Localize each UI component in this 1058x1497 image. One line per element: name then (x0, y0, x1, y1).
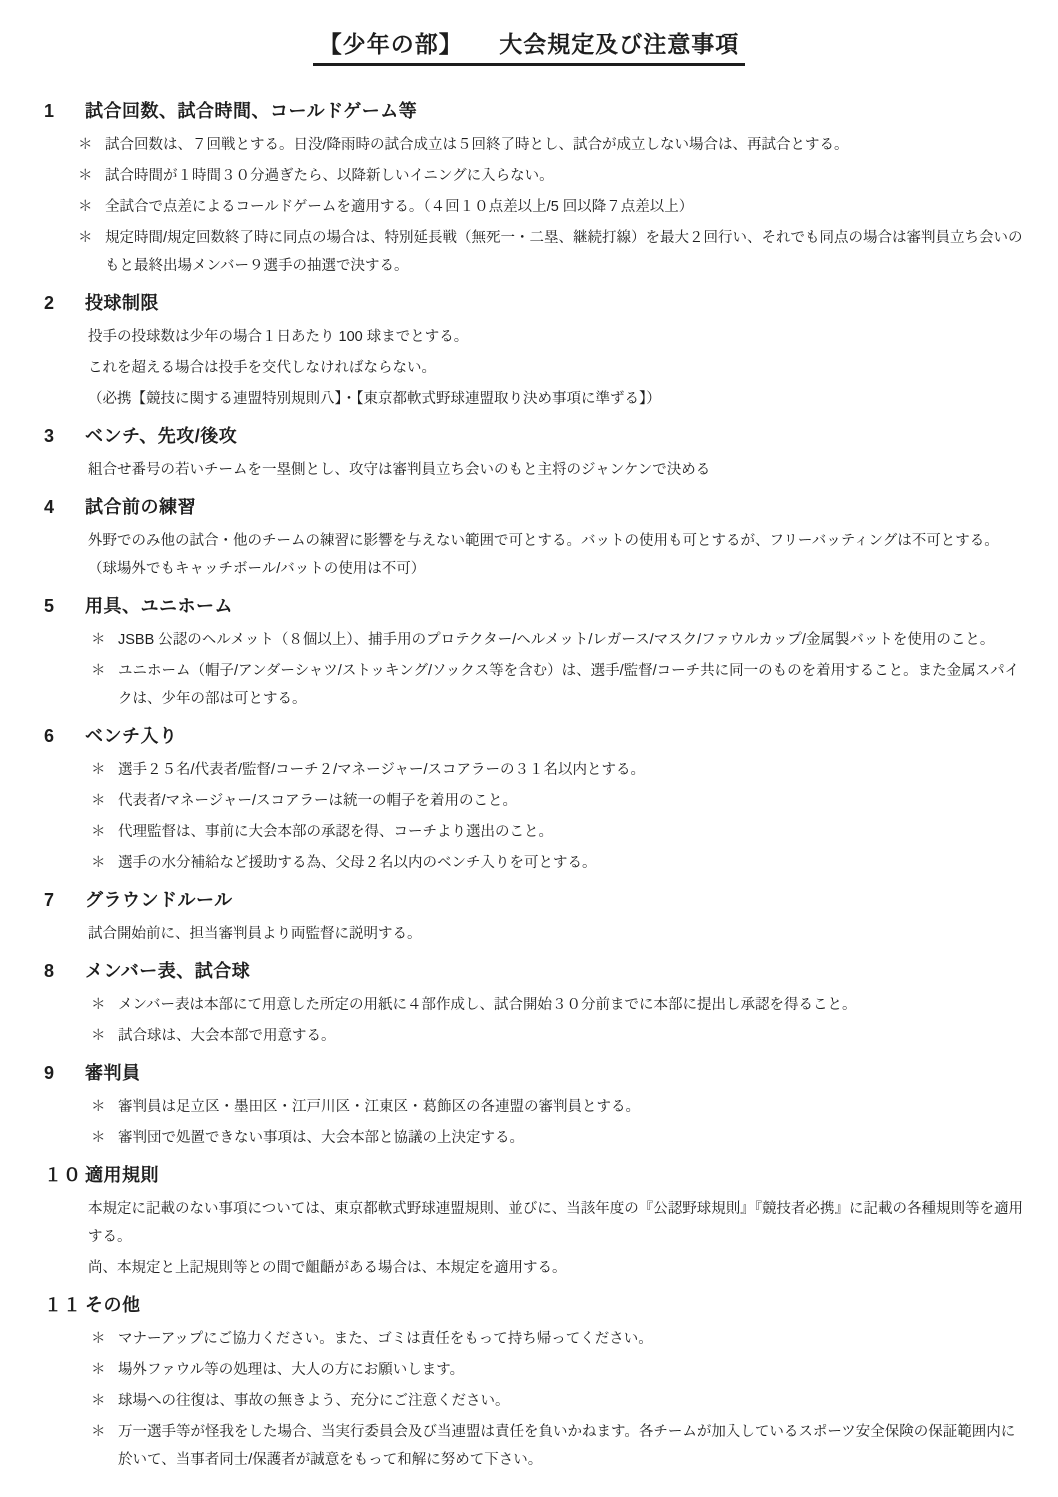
asterisk-bullet-marker: ＊ (91, 787, 118, 815)
section-body: ＊メンバー表は本部にて用意した所定の用紙に４部作成し、試合開始３０分前までに本部… (0, 991, 1058, 1050)
paragraph: 本規定に記載のない事項については、東京都軟式野球連盟規則、並びに、当該年度の『公… (0, 1195, 1058, 1251)
asterisk-bullet-marker: ＊ (91, 1418, 118, 1474)
section-title: 試合前の練習 (85, 492, 196, 522)
section-heading: 1 試合回数、試合時間、コールドゲーム等 (0, 96, 1058, 126)
section-number: １１ (44, 1290, 85, 1320)
item-text: 代理監督は、事前に大会本部の承認を得、コーチより選出のこと。 (118, 818, 1024, 846)
item-text: 球場への往復は、事故の無きよう、充分にご注意ください。 (118, 1387, 1024, 1415)
asterisk-bullet-marker: ＊ (91, 818, 118, 846)
bullet-item: ＊JSBB 公認のヘルメット（８個以上）、捕手用のプロテクター/ヘルメット/レガ… (0, 626, 1058, 654)
section-body: 組合せ番号の若いチームを一塁側とし、攻守は審判員立ち会いのもと主将のジャンケンで… (0, 456, 1058, 484)
asterisk-bullet-marker: ＊ (78, 162, 105, 190)
item-text: 審判員は足立区・墨田区・江戸川区・江東区・葛飾区の各連盟の審判員とする。 (118, 1093, 1024, 1121)
item-text: 代表者/マネージャー/スコアラーは統一の帽子を着用のこと。 (118, 787, 1024, 815)
paragraph: 試合開始前に、担当審判員より両監督に説明する。 (0, 920, 1058, 948)
bullet-item: ＊メンバー表は本部にて用意した所定の用紙に４部作成し、試合開始３０分前までに本部… (0, 991, 1058, 1019)
item-text: 外野でのみ他の試合・他のチームの練習に影響を与えない範囲で可とする。バットの使用… (88, 527, 1024, 583)
section: 1 試合回数、試合時間、コールドゲーム等 ＊試合回数は、７回戦とする。日没/降雨… (0, 96, 1058, 280)
item-text: JSBB 公認のヘルメット（８個以上）、捕手用のプロテクター/ヘルメット/レガー… (118, 626, 1024, 654)
paragraph: これを超える場合は投手を交代しなければならない。 (0, 354, 1058, 382)
section-body: 投手の投球数は少年の場合１日あたり 100 球までとする。これを超える場合は投手… (0, 323, 1058, 413)
asterisk-bullet-marker: ＊ (78, 131, 105, 159)
section-body: 外野でのみ他の試合・他のチームの練習に影響を与えない範囲で可とする。バットの使用… (0, 527, 1058, 583)
bullet-item: ＊審判団で処置できない事項は、大会本部と協議の上決定する。 (0, 1124, 1058, 1152)
section-number: 9 (44, 1058, 85, 1088)
item-text: 選手２５名/代表者/監督/コーチ２/マネージャー/スコアラーの３１名以内とする。 (118, 756, 1024, 784)
bullet-item: ＊場外ファウル等の処理は、大人の方にお願いします。 (0, 1356, 1058, 1384)
item-text: 本規定に記載のない事項については、東京都軟式野球連盟規則、並びに、当該年度の『公… (88, 1195, 1024, 1251)
section: 4 試合前の練習 外野でのみ他の試合・他のチームの練習に影響を与えない範囲で可と… (0, 492, 1058, 583)
asterisk-bullet-marker: ＊ (91, 657, 118, 713)
bullet-item: ＊試合回数は、７回戦とする。日没/降雨時の試合成立は５回終了時とし、試合が成立し… (0, 131, 1058, 159)
asterisk-bullet-marker: ＊ (78, 193, 105, 221)
section-heading: １０ 適用規則 (0, 1160, 1058, 1190)
section-heading: １１ その他 (0, 1290, 1058, 1320)
section-heading: 6 ベンチ入り (0, 721, 1058, 751)
section-heading: 3 ベンチ、先攻/後攻 (0, 421, 1058, 451)
section-title: 試合回数、試合時間、コールドゲーム等 (85, 96, 417, 126)
section-title: 適用規則 (85, 1160, 159, 1190)
bullet-item: ＊万一選手等が怪我をした場合、当実行委員会及び当連盟は責任を負いかねます。各チー… (0, 1418, 1058, 1474)
section-heading: 9 審判員 (0, 1058, 1058, 1088)
section: 7 グラウンドルール 試合開始前に、担当審判員より両監督に説明する。 (0, 885, 1058, 948)
asterisk-bullet-marker: ＊ (91, 1356, 118, 1384)
asterisk-bullet-marker: ＊ (91, 991, 118, 1019)
bullet-item: ＊球場への往復は、事故の無きよう、充分にご注意ください。 (0, 1387, 1058, 1415)
section-number: 6 (44, 721, 85, 751)
section-title: ベンチ入り (85, 721, 178, 751)
section-heading: 5 用具、ユニホーム (0, 591, 1058, 621)
section-number: 3 (44, 421, 85, 451)
section-heading: 2 投球制限 (0, 288, 1058, 318)
item-text: メンバー表は本部にて用意した所定の用紙に４部作成し、試合開始３０分前までに本部に… (118, 991, 1024, 1019)
section: 6 ベンチ入り ＊選手２５名/代表者/監督/コーチ２/マネージャー/スコアラーの… (0, 721, 1058, 877)
document-title-text: 【少年の部】 大会規定及び注意事項 (313, 26, 746, 66)
item-text: （必携【競技に関する連盟特別規則八】・【東京都軟式野球連盟取り決め事項に準ずる】… (88, 385, 1024, 413)
paragraph: 投手の投球数は少年の場合１日あたり 100 球までとする。 (0, 323, 1058, 351)
section-number: 1 (44, 96, 85, 126)
section-body: ＊マナーアップにご協力ください。また、ゴミは責任をもって持ち帰ってください。＊場… (0, 1325, 1058, 1474)
asterisk-bullet-marker: ＊ (91, 1124, 118, 1152)
item-text: 選手の水分補給など援助する為、父母２名以内のベンチ入りを可とする。 (118, 849, 1024, 877)
asterisk-bullet-marker: ＊ (91, 1093, 118, 1121)
section: １０ 適用規則 本規定に記載のない事項については、東京都軟式野球連盟規則、並びに… (0, 1160, 1058, 1282)
section-title: その他 (85, 1290, 141, 1320)
document-page: 【少年の部】 大会規定及び注意事項 1 試合回数、試合時間、コールドゲーム等 ＊… (0, 0, 1058, 1497)
section-title: グラウンドルール (85, 885, 233, 915)
section: 9 審判員 ＊審判員は足立区・墨田区・江戸川区・江東区・葛飾区の各連盟の審判員と… (0, 1058, 1058, 1152)
section-heading: 7 グラウンドルール (0, 885, 1058, 915)
asterisk-bullet-marker: ＊ (91, 626, 118, 654)
item-text: 規定時間/規定回数終了時に同点の場合は、特別延長戦（無死一・二塁、継続打線）を最… (105, 224, 1024, 280)
paragraph: 尚、本規定と上記規則等との間で齟齬がある場合は、本規定を適用する。 (0, 1254, 1058, 1282)
section: 2 投球制限 投手の投球数は少年の場合１日あたり 100 球までとする。これを超… (0, 288, 1058, 413)
bullet-item: ＊代表者/マネージャー/スコアラーは統一の帽子を着用のこと。 (0, 787, 1058, 815)
item-text: 場外ファウル等の処理は、大人の方にお願いします。 (118, 1356, 1024, 1384)
section-number: 8 (44, 956, 85, 986)
section-heading: 8 メンバー表、試合球 (0, 956, 1058, 986)
document-title: 【少年の部】 大会規定及び注意事項 (0, 26, 1058, 66)
section-heading: 4 試合前の練習 (0, 492, 1058, 522)
item-text: 投手の投球数は少年の場合１日あたり 100 球までとする。 (88, 323, 1024, 351)
section-title: 用具、ユニホーム (85, 591, 233, 621)
asterisk-bullet-marker: ＊ (91, 1325, 118, 1353)
item-text: 試合回数は、７回戦とする。日没/降雨時の試合成立は５回終了時とし、試合が成立しな… (105, 131, 1024, 159)
item-text: 万一選手等が怪我をした場合、当実行委員会及び当連盟は責任を負いかねます。各チーム… (118, 1418, 1024, 1474)
item-text: 尚、本規定と上記規則等との間で齟齬がある場合は、本規定を適用する。 (88, 1254, 1024, 1282)
section-number: 7 (44, 885, 85, 915)
asterisk-bullet-marker: ＊ (78, 224, 105, 280)
section-number: 4 (44, 492, 85, 522)
item-text: これを超える場合は投手を交代しなければならない。 (88, 354, 1024, 382)
section-body: 本規定に記載のない事項については、東京都軟式野球連盟規則、並びに、当該年度の『公… (0, 1195, 1058, 1282)
section-body: 試合開始前に、担当審判員より両監督に説明する。 (0, 920, 1058, 948)
section-title: 投球制限 (85, 288, 159, 318)
asterisk-bullet-marker: ＊ (91, 756, 118, 784)
item-text: 試合球は、大会本部で用意する。 (118, 1022, 1024, 1050)
paragraph: 組合せ番号の若いチームを一塁側とし、攻守は審判員立ち会いのもと主将のジャンケンで… (0, 456, 1058, 484)
bullet-item: ＊審判員は足立区・墨田区・江戸川区・江東区・葛飾区の各連盟の審判員とする。 (0, 1093, 1058, 1121)
bullet-item: ＊ユニホーム（帽子/アンダーシャツ/ストッキング/ソックス等を含む）は、選手/監… (0, 657, 1058, 713)
bullet-item: ＊試合球は、大会本部で用意する。 (0, 1022, 1058, 1050)
item-text: 組合せ番号の若いチームを一塁側とし、攻守は審判員立ち会いのもと主将のジャンケンで… (88, 456, 1024, 484)
item-text: ユニホーム（帽子/アンダーシャツ/ストッキング/ソックス等を含む）は、選手/監督… (118, 657, 1024, 713)
section-body: ＊選手２５名/代表者/監督/コーチ２/マネージャー/スコアラーの３１名以内とする… (0, 756, 1058, 877)
sections-container: 1 試合回数、試合時間、コールドゲーム等 ＊試合回数は、７回戦とする。日没/降雨… (0, 96, 1058, 1474)
bullet-item: ＊マナーアップにご協力ください。また、ゴミは責任をもって持ち帰ってください。 (0, 1325, 1058, 1353)
asterisk-bullet-marker: ＊ (91, 849, 118, 877)
item-text: 全試合で点差によるコールドゲームを適用する。（４回１０点差以上/5 回以降７点差… (105, 193, 1024, 221)
section-number: 5 (44, 591, 85, 621)
bullet-item: ＊選手の水分補給など援助する為、父母２名以内のベンチ入りを可とする。 (0, 849, 1058, 877)
item-text: 試合時間が１時間３０分過ぎたら、以降新しいイニングに入らない。 (105, 162, 1024, 190)
bullet-item: ＊全試合で点差によるコールドゲームを適用する。（４回１０点差以上/5 回以降７点… (0, 193, 1058, 221)
asterisk-bullet-marker: ＊ (91, 1387, 118, 1415)
section-title: メンバー表、試合球 (85, 956, 250, 986)
section-body: ＊審判員は足立区・墨田区・江戸川区・江東区・葛飾区の各連盟の審判員とする。＊審判… (0, 1093, 1058, 1152)
section-number: 2 (44, 288, 85, 318)
item-text: 審判団で処置できない事項は、大会本部と協議の上決定する。 (118, 1124, 1024, 1152)
section: 8 メンバー表、試合球 ＊メンバー表は本部にて用意した所定の用紙に４部作成し、試… (0, 956, 1058, 1050)
section-number: １０ (44, 1160, 85, 1190)
section-body: ＊JSBB 公認のヘルメット（８個以上）、捕手用のプロテクター/ヘルメット/レガ… (0, 626, 1058, 713)
bullet-item: ＊代理監督は、事前に大会本部の承認を得、コーチより選出のこと。 (0, 818, 1058, 846)
paragraph: 外野でのみ他の試合・他のチームの練習に影響を与えない範囲で可とする。バットの使用… (0, 527, 1058, 583)
bullet-item: ＊試合時間が１時間３０分過ぎたら、以降新しいイニングに入らない。 (0, 162, 1058, 190)
item-text: マナーアップにご協力ください。また、ゴミは責任をもって持ち帰ってください。 (118, 1325, 1024, 1353)
section: １１ その他 ＊マナーアップにご協力ください。また、ゴミは責任をもって持ち帰って… (0, 1290, 1058, 1474)
section-body: ＊試合回数は、７回戦とする。日没/降雨時の試合成立は５回終了時とし、試合が成立し… (0, 131, 1058, 280)
section: 5 用具、ユニホーム ＊JSBB 公認のヘルメット（８個以上）、捕手用のプロテク… (0, 591, 1058, 713)
bullet-item: ＊選手２５名/代表者/監督/コーチ２/マネージャー/スコアラーの３１名以内とする… (0, 756, 1058, 784)
paragraph: （必携【競技に関する連盟特別規則八】・【東京都軟式野球連盟取り決め事項に準ずる】… (0, 385, 1058, 413)
section-title: 審判員 (85, 1058, 141, 1088)
bullet-item: ＊規定時間/規定回数終了時に同点の場合は、特別延長戦（無死一・二塁、継続打線）を… (0, 224, 1058, 280)
section-title: ベンチ、先攻/後攻 (85, 421, 237, 451)
section: 3 ベンチ、先攻/後攻 組合せ番号の若いチームを一塁側とし、攻守は審判員立ち会い… (0, 421, 1058, 484)
item-text: 試合開始前に、担当審判員より両監督に説明する。 (88, 920, 1024, 948)
asterisk-bullet-marker: ＊ (91, 1022, 118, 1050)
